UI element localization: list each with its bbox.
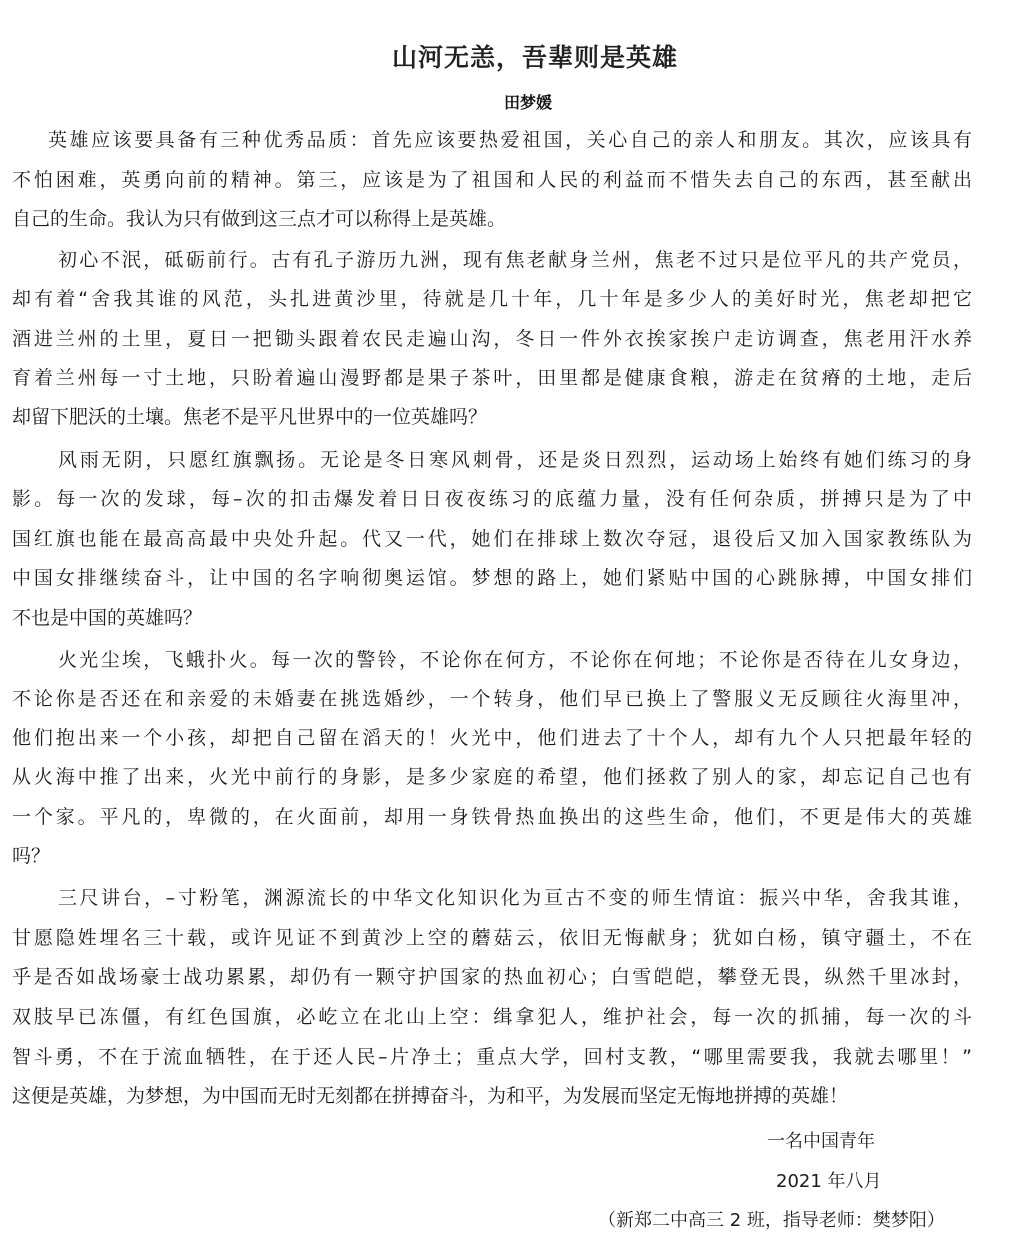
paragraph-line: 吗？ (12, 844, 972, 868)
paragraph-line: 这便是英雄，为梦想，为中国而无时无刻都在拼搏奋斗，为和平，为发展而坚定无悔地拼搏… (12, 1084, 972, 1108)
paragraph-line: 不也是中国的英雄吗？ (12, 606, 972, 630)
paragraph-line: 从火海中推了出来，火光中前行的身影，是多少家庭的希望，他们拯救了别人的家，却忘记… (12, 765, 972, 789)
paragraph-line: 甘愿隐姓埋名三十载，或许见证不到黄沙上空的蘑菇云，依旧无悔献身；犹如白杨，镇守疆… (12, 926, 972, 950)
paragraph-line: 却留下肥沃的土壤。焦老不是平凡世界中的一位英雄吗？ (12, 405, 972, 429)
paragraph-line: 中国女排继续奋斗，让中国的名字响彻奥运馆。梦想的路上，她们紧贴中国的心跳脉搏，中… (12, 566, 972, 590)
paragraph-line: 酒进兰州的土里，夏日一把锄头跟着农民走遍山沟，冬日一件外衣挨家挨户走访调查，焦老… (12, 327, 972, 351)
paragraph-line: 双肢早已冻僵，有红色国旗，必屹立在北山上空：缉拿犯人，维护社会，每一次的抓捕，每… (12, 1005, 972, 1029)
paragraph-line: 一个家。平凡的，卑微的，在火面前，却用一身铁骨热血换出的这些生命，他们，不更是伟… (12, 805, 972, 829)
paragraph-line: 不怕困难，英勇向前的精神。第三，应该是为了祖国和人民的利益而不惜失去自己的东西，… (12, 168, 972, 192)
paragraph-line: 风雨无阴，只愿红旗飘扬。无论是冬日寒风刺骨，还是炎日烈烈，运动场上始终有她们练习… (58, 448, 972, 472)
paragraph-line: 影。每一次的发球，每–次的扣击爆发着日日夜夜练习的底蕴力量，没有任何杂质，拼搏只… (12, 487, 972, 511)
signature-date: 2021 年八月 (776, 1167, 882, 1193)
paragraph-line: 乎是否如战场豪士战功累累，却仍有一颗守护国家的热血初心；白雪皑皑，攀登无畏，纵然… (12, 965, 972, 989)
paragraph-line: 火光尘埃，飞蛾扑火。每一次的警铃，不论你在何方，不论你在何地；不论你是否待在儿女… (58, 648, 972, 672)
signature-signer: 一名中国青年 (767, 1127, 875, 1153)
signature-note: （新郑二中高三 2 班，指导老师：樊梦阳） (598, 1206, 945, 1232)
paragraph-line: 育着兰州每一寸土地，只盼着遍山漫野都是果子茶叶，田里都是健康食粮，游走在贫瘠的土… (12, 366, 972, 390)
paragraph-line: 自己的生命。我认为只有做到这三点才可以称得上是英雄。 (12, 207, 972, 231)
essay-author: 田梦媛 (0, 90, 1014, 113)
paragraph-line: 不论你是否还在和亲爱的未婚妻在挑选婚纱，一个转身，他们早已换上了警服义无反顾往火… (12, 687, 972, 711)
paragraph-line: 智斗勇，不在于流血牺牲，在于还人民–片净土；重点大学，回村支教，“哪里需要我，我… (12, 1045, 972, 1069)
paragraph-line: 他们抱出来一个小孩，却把自己留在滔天的！火光中，他们进去了十个人，却有九个人只把… (12, 726, 972, 750)
paragraph-line: 三尺讲台，–寸粉笔，渊源流长的中华文化知识化为亘古不变的师生情谊：振兴中华，舍我… (58, 886, 972, 910)
essay-title: 山河无恙，吾辈则是英雄 (0, 38, 1014, 74)
paragraph-line: 初心不泯，砥砺前行。古有孔子游历九洲，现有焦老献身兰州，焦老不过只是位平凡的共产… (58, 248, 972, 272)
paragraph-line: 英雄应该要具备有三种优秀品质：首先应该要热爱祖国，关心自己的亲人和朋友。其次，应… (48, 128, 972, 152)
paragraph-line: 国红旗也能在最高高最中央处升起。代又一代，她们在排球上数次夺冠，退役后又加入国家… (12, 527, 972, 551)
paragraph-line: 却有着“舍我其谁的风范，头扎进黄沙里，待就是几十年，几十年是多少人的美好时光，焦… (12, 287, 972, 311)
